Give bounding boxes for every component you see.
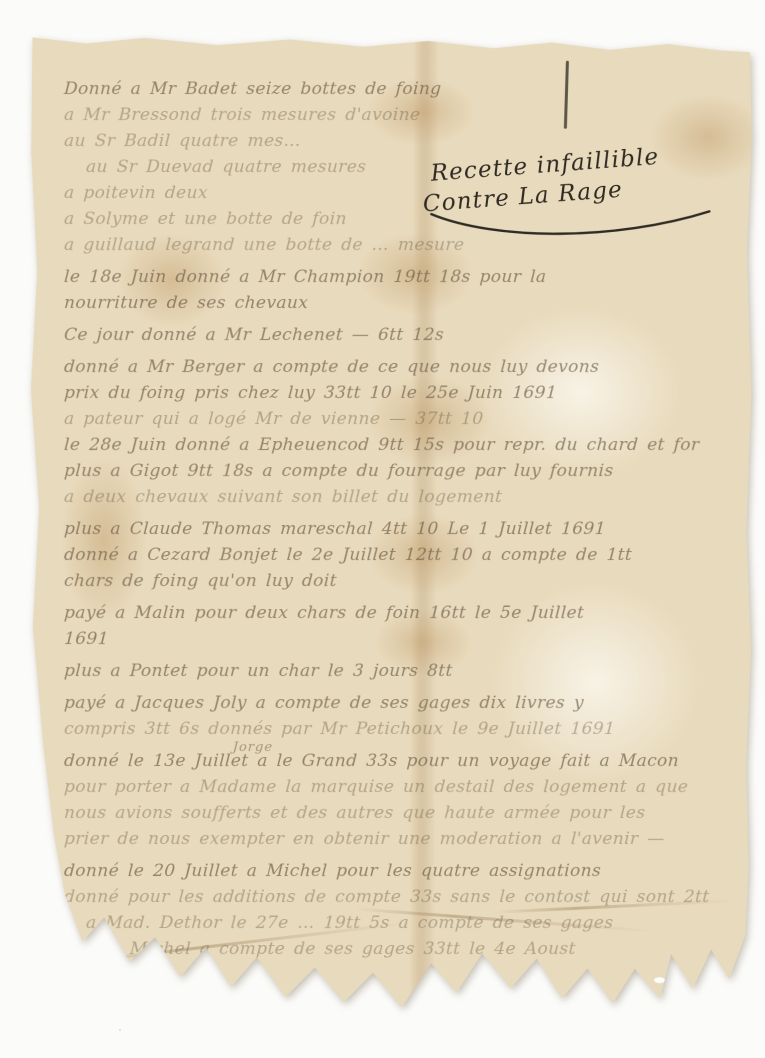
manuscript-line: nous avions soufferts et des autres que … bbox=[63, 800, 739, 826]
manuscript-line: Donné a Mr Badet seize bottes de foing bbox=[63, 76, 739, 102]
tear-hole bbox=[654, 977, 665, 983]
manuscript-line: plus a Pontet pour un char le 3 jours 8t… bbox=[63, 658, 739, 684]
manuscript-line: prier de nous exempter en obtenir une mo… bbox=[63, 826, 739, 852]
manuscript-line: prix du foing pris chez luy 33tt 10 le 2… bbox=[63, 380, 739, 406]
manuscript-line: plus a Gigot 9tt 18s a compte du fourrag… bbox=[63, 458, 739, 484]
manuscript-line: plus a Michel a compte de ses gages 33tt… bbox=[63, 936, 739, 962]
manuscript-line: Jorgedonné le 13e Juillet a le Grand 33s… bbox=[63, 748, 739, 774]
manuscript-line: a deux chevaux suivant son billet du log… bbox=[63, 484, 739, 510]
manuscript-line: payé a Malin pour deux chars de foin 16t… bbox=[63, 600, 739, 626]
manuscript-line: donné le 20 Juillet a Michel pour les qu… bbox=[63, 858, 739, 884]
manuscript-line: a Mr Bressond trois mesures d'avoine bbox=[63, 102, 739, 128]
manuscript-line: le 18e Juin donné a Mr Champion 19tt 18s… bbox=[63, 264, 739, 290]
manuscript-line: Ce jour donné a Mr Lechenet — 6tt 12s bbox=[63, 322, 739, 348]
manuscript-line: nourriture de ses chevaux bbox=[63, 290, 739, 316]
manuscript-line: chars de foing qu'on luy doit bbox=[63, 568, 739, 594]
underline-flourish-icon bbox=[425, 206, 715, 247]
manuscript-line: a pateur qui a logé Mr de vienne — 37tt … bbox=[63, 406, 739, 432]
tear-hole bbox=[691, 981, 714, 994]
manuscript-line: compris 3tt 6s donnés par Mr Petichoux l… bbox=[63, 716, 739, 742]
manuscript-line: pour porter a Madame la marquise un dest… bbox=[63, 774, 739, 800]
manuscript-paper: Donné a Mr Badet seize bottes de foinga … bbox=[24, 34, 755, 1023]
manuscript-line: donné pour les additions de compte 33s s… bbox=[63, 884, 739, 910]
margin-scribble: 3 bbox=[27, 902, 39, 921]
manuscript-line: a Mad. Dethor le 27e … 19tt 5s a compte … bbox=[85, 910, 739, 936]
manuscript-line: 1691 bbox=[63, 626, 739, 652]
photo-background: Donné a Mr Badet seize bottes de foinga … bbox=[0, 0, 765, 1058]
manuscript-line: donné a Cezard Bonjet le 2e Juillet 12tt… bbox=[63, 542, 739, 568]
interline-insertion: Jorge bbox=[232, 735, 274, 761]
manuscript-line: le 28e Juin donné a Epheuencod 9tt 15s p… bbox=[63, 432, 739, 458]
manuscript-line: donné a Mr Berger a compte de ce que nou… bbox=[63, 354, 739, 380]
manuscript-paper-wrap: Donné a Mr Badet seize bottes de foinga … bbox=[24, 34, 755, 1023]
manuscript-line: plus a Claude Thomas mareschal 4tt 10 Le… bbox=[63, 516, 739, 542]
manuscript-line: payé a Jacques Joly a compte de ses gage… bbox=[63, 690, 739, 716]
